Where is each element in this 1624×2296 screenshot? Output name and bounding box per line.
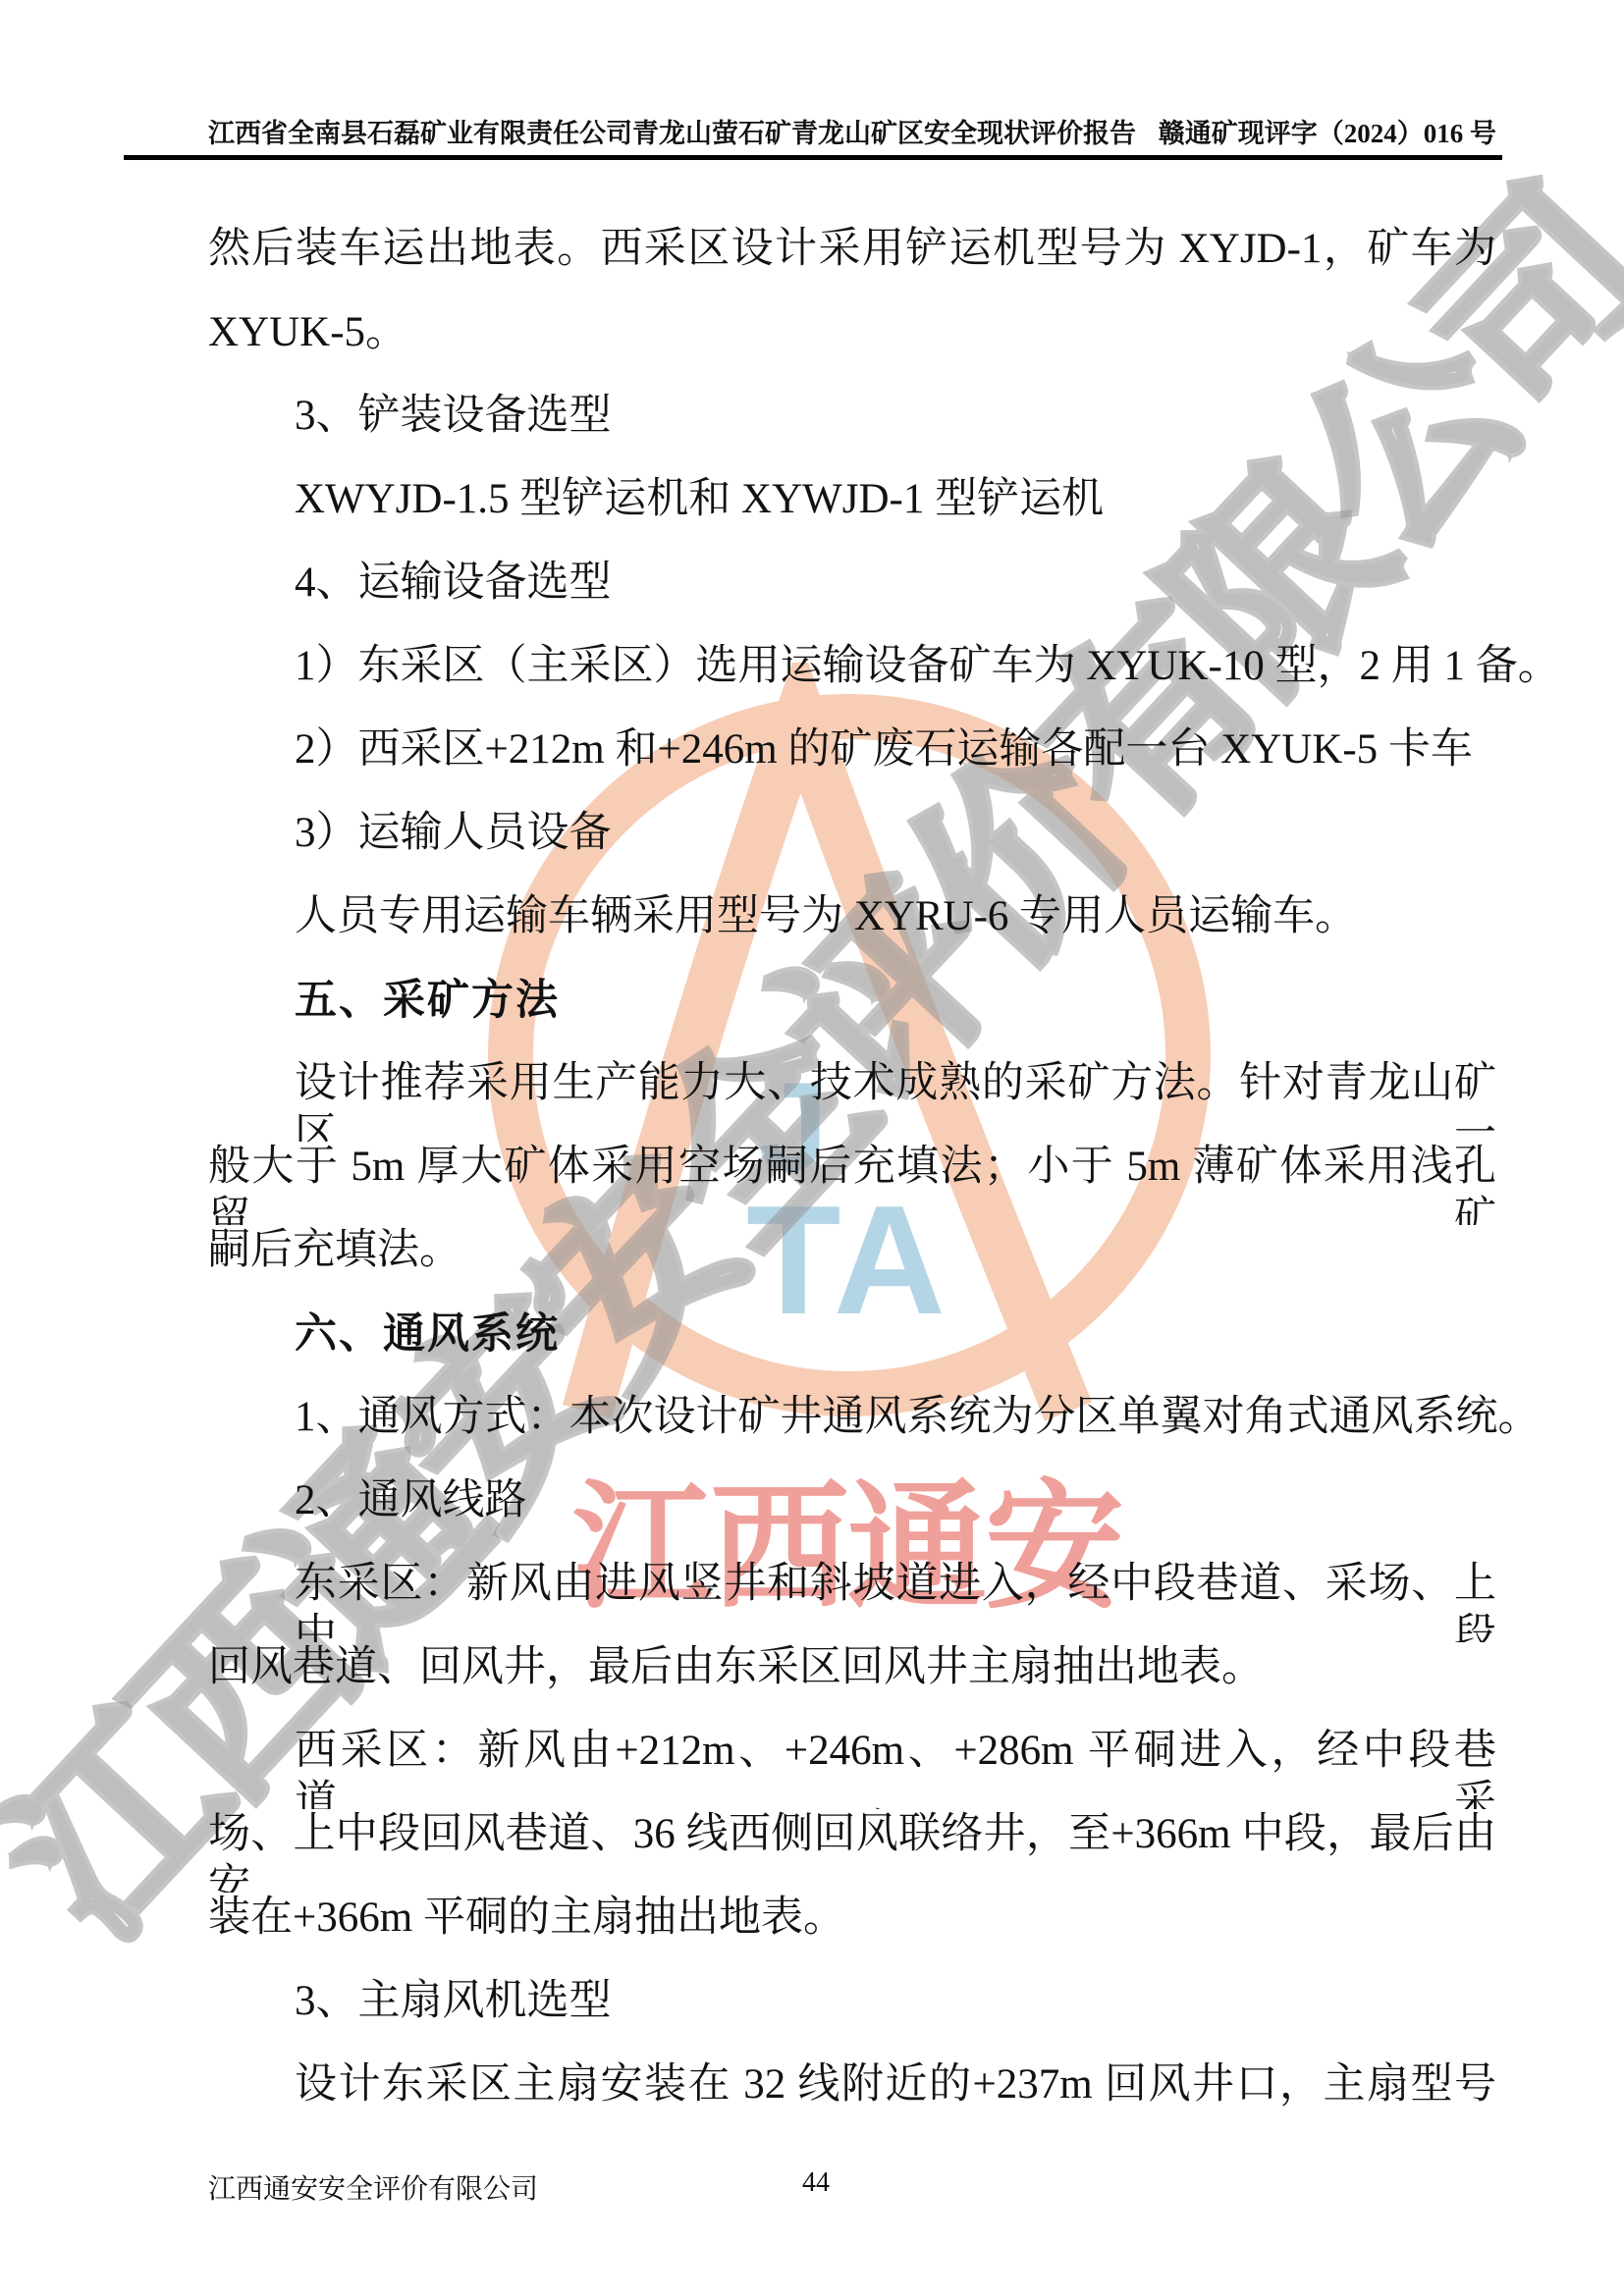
footer-page-number: 44 <box>791 2167 840 2199</box>
body-line: 2）西采区+212m 和+246m 的矿废石运输各配一台 XYUK-5 卡车 <box>208 724 1496 808</box>
body-line: 般大于 5m 厚大矿体采用空场嗣后充填法；小于 5m 薄矿体采用浅孔留矿 <box>208 1142 1496 1225</box>
body-line: 3、主扇风机选型 <box>208 1976 1496 2059</box>
body-line: 嗣后充填法。 <box>208 1225 1496 1308</box>
body-line: 4、运输设备选型 <box>208 558 1496 641</box>
page-header: 江西省全南县石磊矿业有限责任公司青龙山萤石矿青龙山矿区安全现状评价报告 赣通矿现… <box>208 112 1496 150</box>
body-line: 设计推荐采用生产能力大、技术成熟的采矿方法。针对青龙山矿区一 <box>208 1058 1496 1142</box>
header-report-title: 江西省全南县石磊矿业有限责任公司青龙山萤石矿青龙山矿区安全现状评价报告 <box>208 112 1136 150</box>
body-line: 3）运输人员设备 <box>208 808 1496 891</box>
body-line: 1、通风方式：本次设计矿井通风系统为分区单翼对角式通风系统。 <box>208 1392 1496 1475</box>
body-line: 3、铲装设备选型 <box>208 391 1496 474</box>
body-line: 人员专用运输车辆采用型号为 XYRU-6 专用人员运输车。 <box>208 891 1496 975</box>
document-body: 然后装车运出地表。西采区设计采用铲运机型号为 XYJD-1，矿车为XYUK-5。… <box>208 224 1496 2143</box>
body-line: 回风巷道、回风井，最后由东采区回风井主扇抽出地表。 <box>208 1642 1496 1726</box>
header-doc-number: 赣通矿现评字（2024）016 号 <box>1159 112 1496 150</box>
body-heading-line: 五、采矿方法 <box>208 975 1496 1058</box>
body-line: XWYJD-1.5 型铲运机和 XYWJD-1 型铲运机 <box>208 474 1496 558</box>
body-line: 然后装车运出地表。西采区设计采用铲运机型号为 XYJD-1，矿车为 <box>208 224 1496 307</box>
body-line: 西采区：新风由+212m、+246m、+286m 平硐进入，经中段巷道、采 <box>208 1726 1496 1809</box>
body-line: 东采区：新风由进风竖井和斜坡道进入，经中段巷道、采场、上中段 <box>208 1559 1496 1642</box>
header-rule <box>124 155 1502 160</box>
body-heading-line: 六、通风系统 <box>208 1308 1496 1392</box>
body-line: 设计东采区主扇安装在 32 线附近的+237m 回风井口，主扇型号 <box>208 2059 1496 2143</box>
body-line: 装在+366m 平硐的主扇抽出地表。 <box>208 1893 1496 1976</box>
body-line: 场、上中段回风巷道、36 线西侧回风联络井，至+366m 中段，最后由安 <box>208 1809 1496 1893</box>
footer-company: 江西通安安全评价有限公司 <box>208 2167 538 2207</box>
body-line: XYUK-5。 <box>208 307 1496 391</box>
body-line: 2、通风线路 <box>208 1475 1496 1559</box>
body-line: 1）东采区（主采区）选用运输设备矿车为 XYUK-10 型，2 用 1 备。 <box>208 641 1496 724</box>
